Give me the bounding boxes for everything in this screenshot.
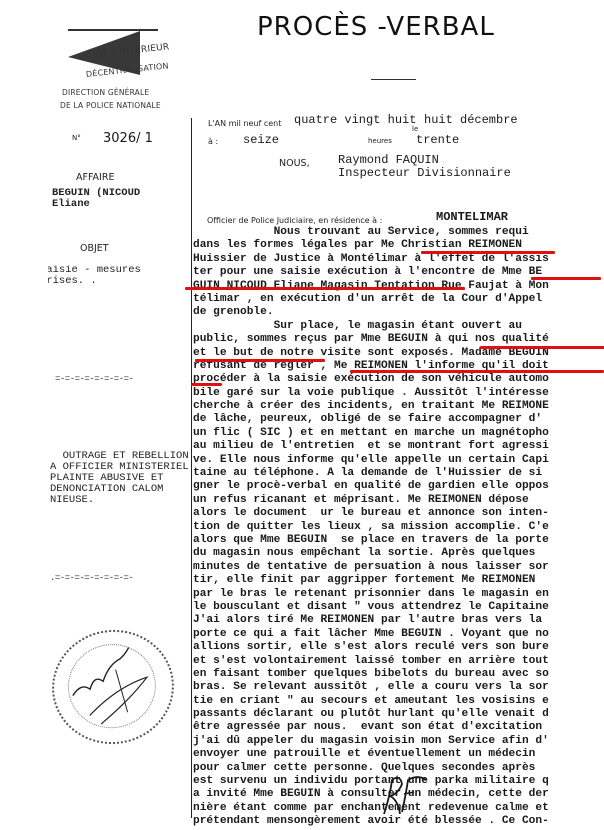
objet-value: Saisie - mesures prises. . (40, 265, 141, 287)
minutes-value: trente (416, 133, 459, 147)
body-line: de grenoble. (193, 306, 604, 319)
initials-signature-icon (380, 772, 430, 818)
margin-rule (191, 118, 192, 818)
body-line: Sur place, le magasin étant ouvert au (193, 320, 604, 333)
body-line: envoyer une patrouille et éventuellement… (193, 748, 604, 761)
body-line: télimar , en exécution d'un arrêt de la … (193, 293, 604, 306)
body-line: minutes de tentative de persuation à nou… (193, 561, 604, 574)
underline-madame-beguin (480, 346, 604, 349)
body-line: gner le procè-verbal en qualité de gardi… (193, 480, 604, 493)
pv-number: 3026/ 1 (103, 131, 153, 146)
body-line: ve. Elle nous informe qu'elle appelle un… (193, 454, 604, 467)
body-line: J'ai alors tiré Me REIMONEN par l'autre … (193, 614, 604, 627)
officer-name: Raymond FAQUIN (338, 153, 439, 167)
ministry-logo-icon (68, 31, 140, 93)
logo-line-4: DE LA POLICE NATIONALE (60, 101, 161, 110)
body-line: passants déclarant ou plutôt hurlant qu'… (193, 708, 604, 721)
day-label: le (412, 125, 418, 133)
body-line: cherche à créer des incidents, en traita… (193, 400, 604, 413)
body-line: bile garé sur la voie publique . Aussitô… (193, 387, 604, 400)
body-line: un flic ( SIC ) et en mettant en marche … (193, 427, 604, 440)
body-line: du magasin nous empêchant la sortie. Apr… (193, 547, 604, 560)
body-line: tie en criant " au secours et ameutant l… (193, 695, 604, 708)
body-line: en faisant tomber quelques bibelots du b… (193, 668, 604, 681)
body-line: un refus ricanant et méprisant. Me REIMO… (193, 494, 604, 507)
body-line: taine au téléphone. A la demande de l'Hu… (193, 467, 604, 480)
at-label: à : (208, 137, 218, 146)
logo-rule (68, 29, 158, 31)
body-line: alors que Mme BEGUIN se place en travers… (193, 534, 604, 547)
body-line: au milieu de l'entretien et se montrant … (193, 440, 604, 453)
underline-refusant-de-regler (195, 359, 325, 362)
underline-mme-be (531, 277, 601, 280)
objet-heading: OBJET (80, 243, 109, 254)
body-line: porte ce qui a fait lâcher Mme BEGUIN . … (193, 628, 604, 641)
body-line: être agressée par nous. evant son état d… (193, 721, 604, 734)
body-line: alors le document ur le bureau et annonc… (193, 507, 604, 520)
body-line: et s'est volontairement laissé tomber en… (193, 655, 604, 668)
residence-value: MONTELIMAR (436, 210, 508, 224)
underline-beguin-nicoud-eliane (185, 287, 465, 290)
title-rule (371, 79, 416, 80)
stamp-signature-icon (59, 643, 169, 736)
body-line: bras. Se relevant aussitôt , elle a cour… (193, 681, 604, 694)
offences-text: OUTRAGE ET REBELLION A OFFICIER MINISTER… (50, 450, 189, 506)
body-line: j'ai dû appeler du magasin voisin mon Se… (193, 735, 604, 748)
page-title: PROCÈS -VERBAL (257, 12, 495, 42)
body-line: procéder à la saisie exécution de son vé… (193, 373, 604, 386)
body-line: Nous trouvant au Service, sommes requi (193, 226, 604, 239)
nous-label: NOUS, (279, 158, 310, 169)
residence-label: Officier de Police Judiciaire, en réside… (207, 216, 382, 225)
underline-christian-reimonen (421, 251, 555, 254)
report-body: Nous trouvant au Service, sommes requida… (193, 226, 604, 829)
body-line: le bousculant et disant " vous attendrez… (193, 601, 604, 614)
affaire-value: BEGUIN (NICOUD Eliane (52, 188, 140, 210)
year-value: quatre vingt huit (294, 113, 416, 127)
affaire-heading: AFFAIRE (76, 172, 114, 183)
separator-1: =-=-=-=-=-=-=-=- (55, 374, 133, 384)
body-line: de lâche, peureux, obligé de se faire ac… (193, 413, 604, 426)
official-stamp (45, 622, 182, 752)
underline-bile (191, 383, 222, 386)
body-line: par le bras le retenant prisonnier dans … (193, 588, 604, 601)
number-label: N° (72, 134, 81, 142)
year-label: L'AN mil neuf cent (208, 119, 281, 128)
body-line: tion de quitter les lieux , sa mission a… (193, 521, 604, 534)
body-line: public, sommes reçus par Mme BEGUIN à qu… (193, 333, 604, 346)
hour-value: seize (243, 133, 279, 147)
hours-label: heures (368, 137, 392, 145)
body-line: allions sortir, elle s'est alors reculé … (193, 641, 604, 654)
offences-list: OUTRAGE ET REBELLION A OFFICIER MINISTER… (50, 440, 189, 506)
officer-rank: Inspecteur Divisionnaire (338, 166, 511, 180)
separator-2: .=-=-=-=-=-=-=-=- (50, 573, 133, 583)
body-line: Huissier de Justice à Montélimar à l'eff… (193, 253, 604, 266)
underline-execution-vehicule (350, 370, 604, 373)
body-line: tir, elle finit par aggripper fortement … (193, 574, 604, 587)
logo-line-3: DIRECTION GÉNÉRALE (62, 88, 149, 97)
date-value: huit décembre (424, 113, 518, 127)
